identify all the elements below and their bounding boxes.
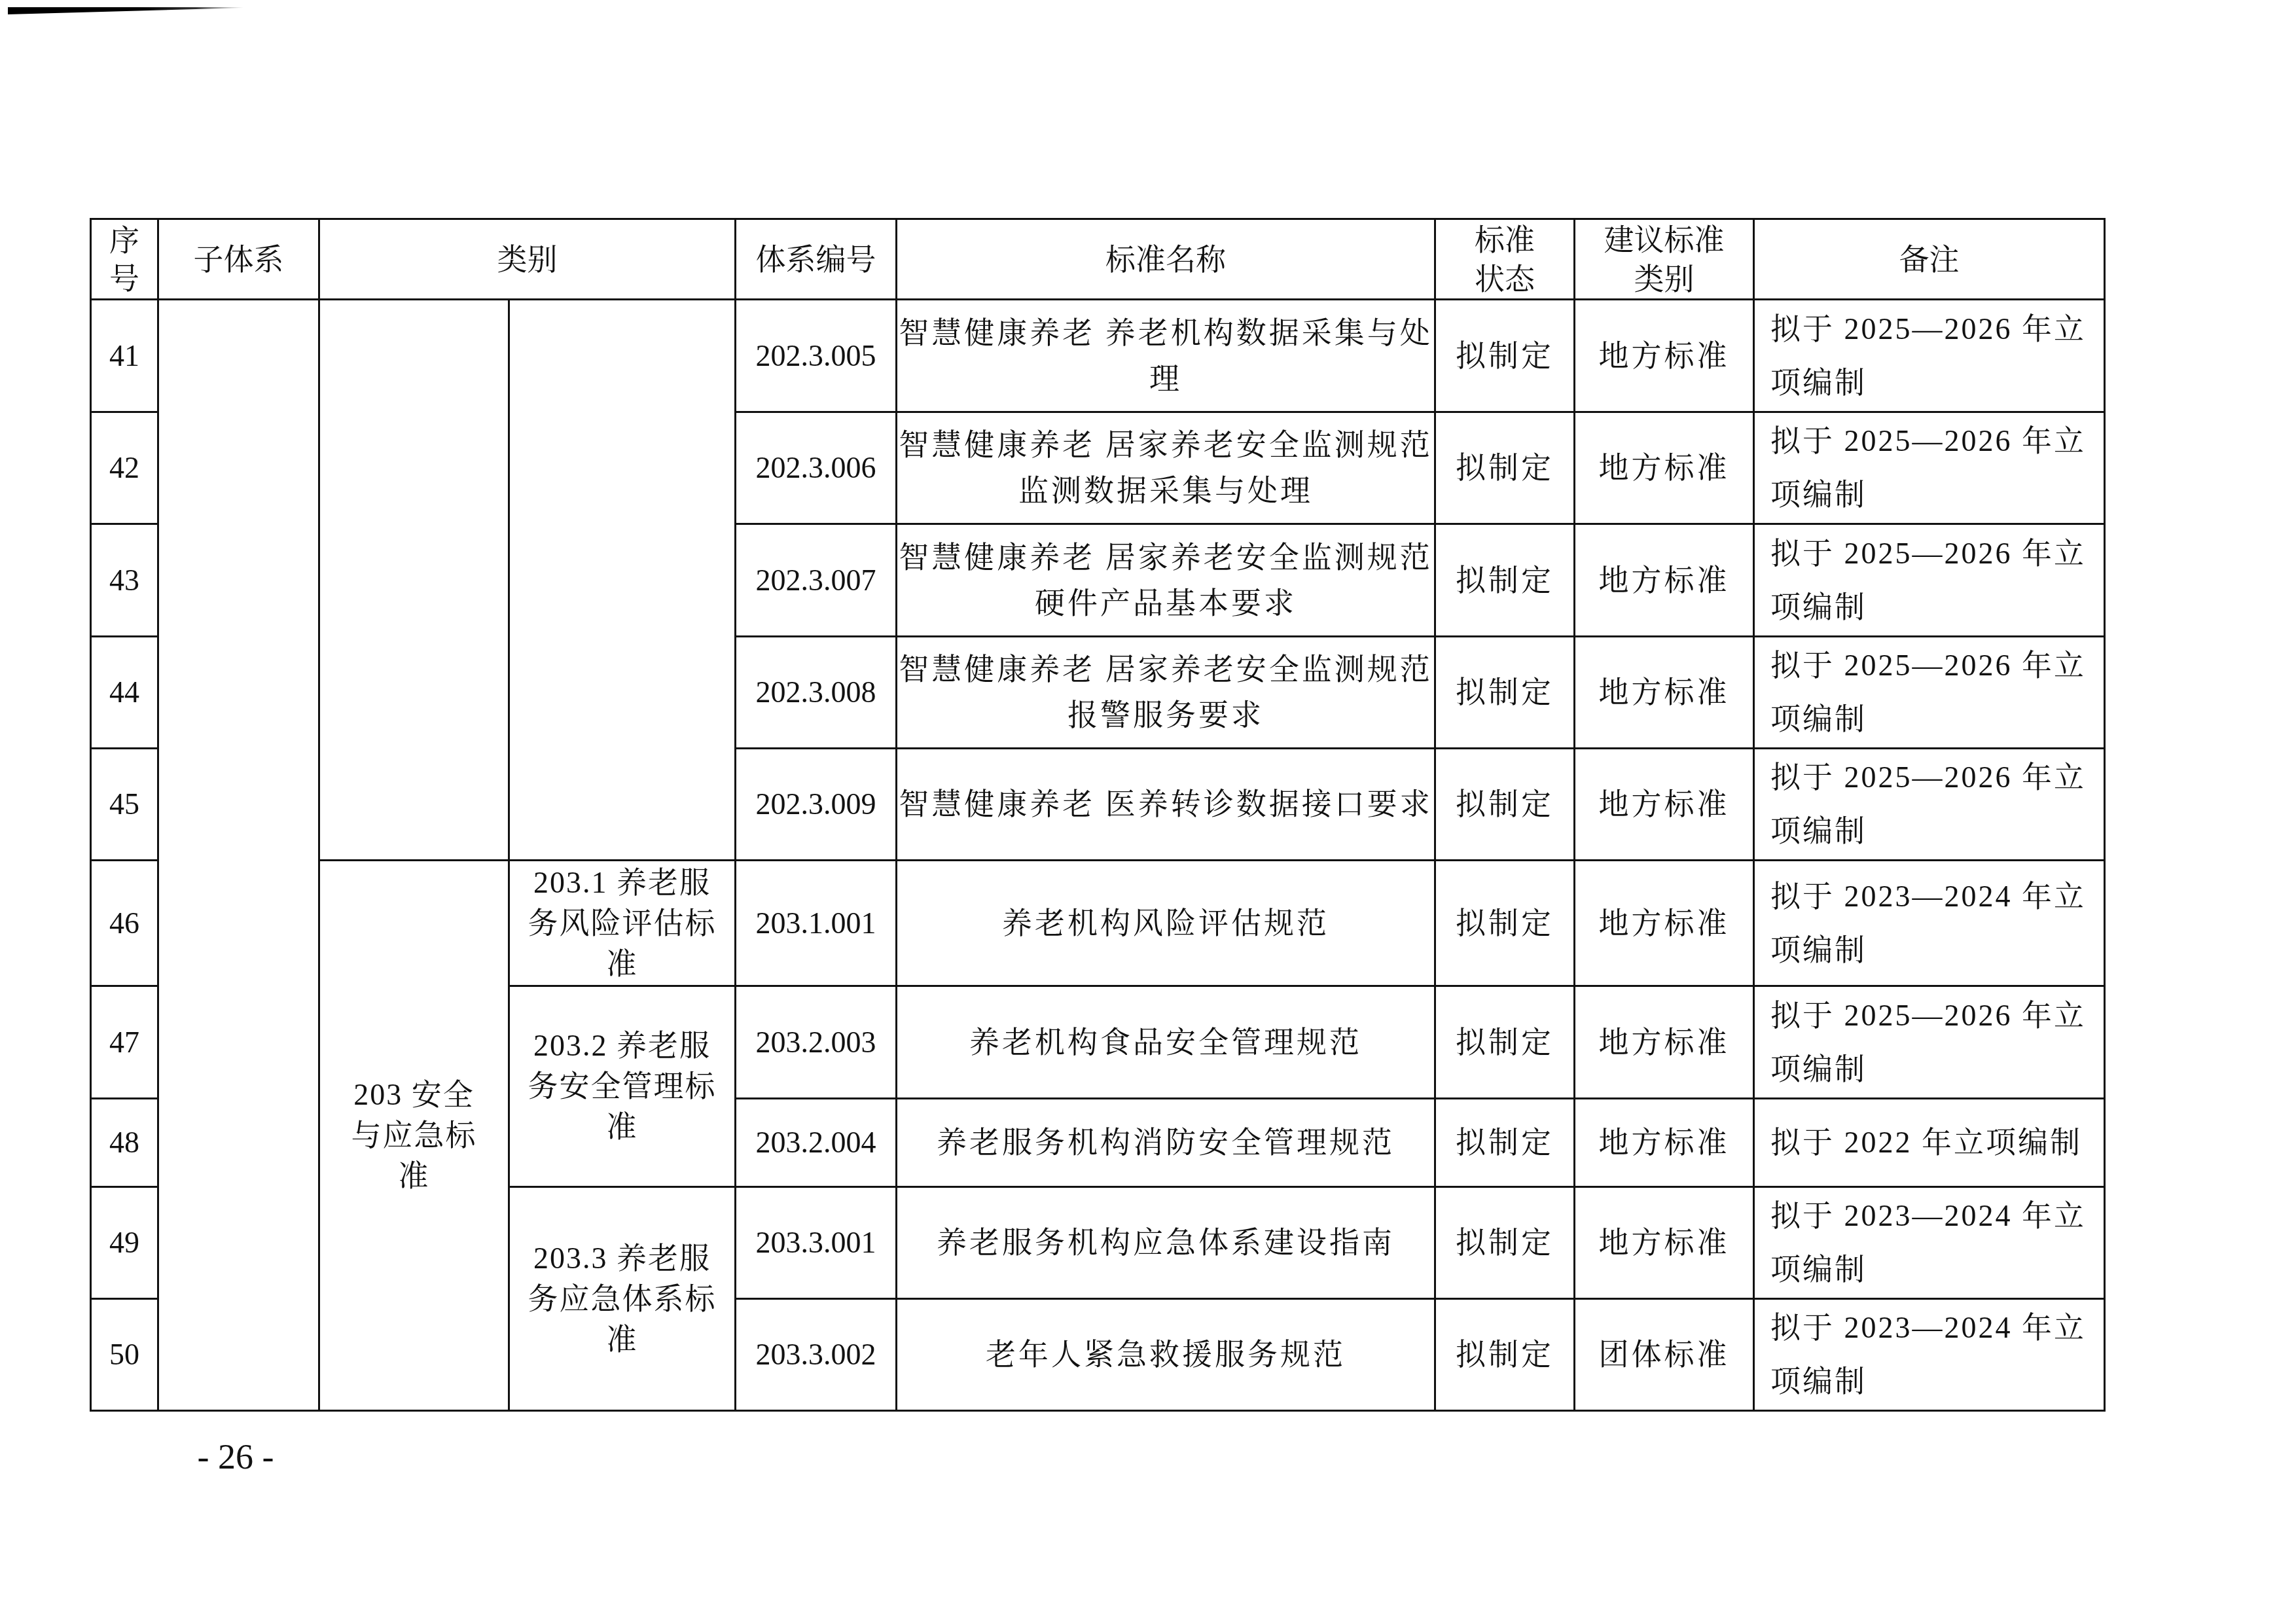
row-code: 202.3.008 [736,637,897,749]
table-row: 41 202.3.005 智慧健康养老 养老机构数据采集与处理 拟制定 地方标准… [91,300,2105,412]
header-category: 类别 [319,219,736,300]
row-seq: 44 [91,637,158,749]
header-suggested-type: 建议标准类别 [1575,219,1754,300]
standards-table: 序号 子体系 类别 体系编号 标准名称 标准状态 建议标准类别 备注 41 20… [90,218,2106,1412]
row-name: 老年人紧急救援服务规范 [897,1299,1435,1411]
row-type: 地方标准 [1575,300,1754,412]
row-code: 203.1.001 [736,861,897,986]
row-type: 团体标准 [1575,1299,1754,1411]
row-type: 地方标准 [1575,412,1754,524]
row-seq: 41 [91,300,158,412]
subsystem-cell [158,300,319,1411]
row-notes: 拟于 2022 年立项编制 [1754,1099,2105,1187]
row-type: 地方标准 [1575,749,1754,861]
table-header-row: 序号 子体系 类别 体系编号 标准名称 标准状态 建议标准类别 备注 [91,219,2105,300]
row-seq: 45 [91,749,158,861]
category-cell-continued [319,300,509,861]
row-name: 养老机构食品安全管理规范 [897,986,1435,1099]
row-status: 拟制定 [1435,1099,1575,1187]
row-code: 203.2.003 [736,986,897,1099]
category-cell-203: 203 安全与应急标准 [319,861,509,1411]
row-seq: 47 [91,986,158,1099]
row-code: 203.3.002 [736,1299,897,1411]
row-name: 智慧健康养老 居家养老安全监测规范 硬件产品基本要求 [897,524,1435,637]
row-status: 拟制定 [1435,524,1575,637]
row-status: 拟制定 [1435,861,1575,986]
row-type: 地方标准 [1575,1099,1754,1187]
subcategory-cell-203-3: 203.3 养老服务应急体系标准 [509,1187,736,1411]
row-notes: 拟于 2025—2026 年立项编制 [1754,637,2105,749]
row-status: 拟制定 [1435,300,1575,412]
row-type: 地方标准 [1575,1187,1754,1299]
row-status: 拟制定 [1435,637,1575,749]
row-notes: 拟于 2025—2026 年立项编制 [1754,412,2105,524]
row-notes: 拟于 2023—2024 年立项编制 [1754,861,2105,986]
header-code: 体系编号 [736,219,897,300]
row-code: 202.3.005 [736,300,897,412]
row-type: 地方标准 [1575,861,1754,986]
row-name: 智慧健康养老 养老机构数据采集与处理 [897,300,1435,412]
row-seq: 43 [91,524,158,637]
row-type: 地方标准 [1575,524,1754,637]
row-seq: 50 [91,1299,158,1411]
row-notes: 拟于 2025—2026 年立项编制 [1754,300,2105,412]
row-type: 地方标准 [1575,637,1754,749]
subcategory-cell-203-2: 203.2 养老服务安全管理标准 [509,986,736,1187]
row-status: 拟制定 [1435,1299,1575,1411]
header-subsystem: 子体系 [158,219,319,300]
row-name: 养老机构风险评估规范 [897,861,1435,986]
row-code: 202.3.006 [736,412,897,524]
row-notes: 拟于 2023—2024 年立项编制 [1754,1187,2105,1299]
row-notes: 拟于 2023—2024 年立项编制 [1754,1299,2105,1411]
row-notes: 拟于 2025—2026 年立项编制 [1754,524,2105,637]
row-status: 拟制定 [1435,749,1575,861]
subcategory-cell-203-1: 203.1 养老服务风险评估标准 [509,861,736,986]
row-seq: 48 [91,1099,158,1187]
header-seq: 序号 [91,219,158,300]
subcategory-cell-continued [509,300,736,861]
row-seq: 49 [91,1187,158,1299]
header-notes: 备注 [1754,219,2105,300]
row-name: 智慧健康养老 医养转诊数据接口要求 [897,749,1435,861]
row-status: 拟制定 [1435,986,1575,1099]
row-status: 拟制定 [1435,412,1575,524]
row-seq: 46 [91,861,158,986]
row-name: 智慧健康养老 居家养老安全监测规范 报警服务要求 [897,637,1435,749]
header-decorative-rule [8,7,243,14]
row-notes: 拟于 2025—2026 年立项编制 [1754,749,2105,861]
row-code: 202.3.009 [736,749,897,861]
row-name: 养老服务机构应急体系建设指南 [897,1187,1435,1299]
header-name: 标准名称 [897,219,1435,300]
row-code: 203.2.004 [736,1099,897,1187]
table-row: 46 203 安全与应急标准 203.1 养老服务风险评估标准 203.1.00… [91,861,2105,986]
row-seq: 42 [91,412,158,524]
header-status: 标准状态 [1435,219,1575,300]
row-status: 拟制定 [1435,1187,1575,1299]
row-name: 智慧健康养老 居家养老安全监测规范 监测数据采集与处理 [897,412,1435,524]
row-name: 养老服务机构消防安全管理规范 [897,1099,1435,1187]
row-code: 202.3.007 [736,524,897,637]
row-notes: 拟于 2025—2026 年立项编制 [1754,986,2105,1099]
row-type: 地方标准 [1575,986,1754,1099]
page-number: - 26 - [183,1436,288,1477]
row-code: 203.3.001 [736,1187,897,1299]
